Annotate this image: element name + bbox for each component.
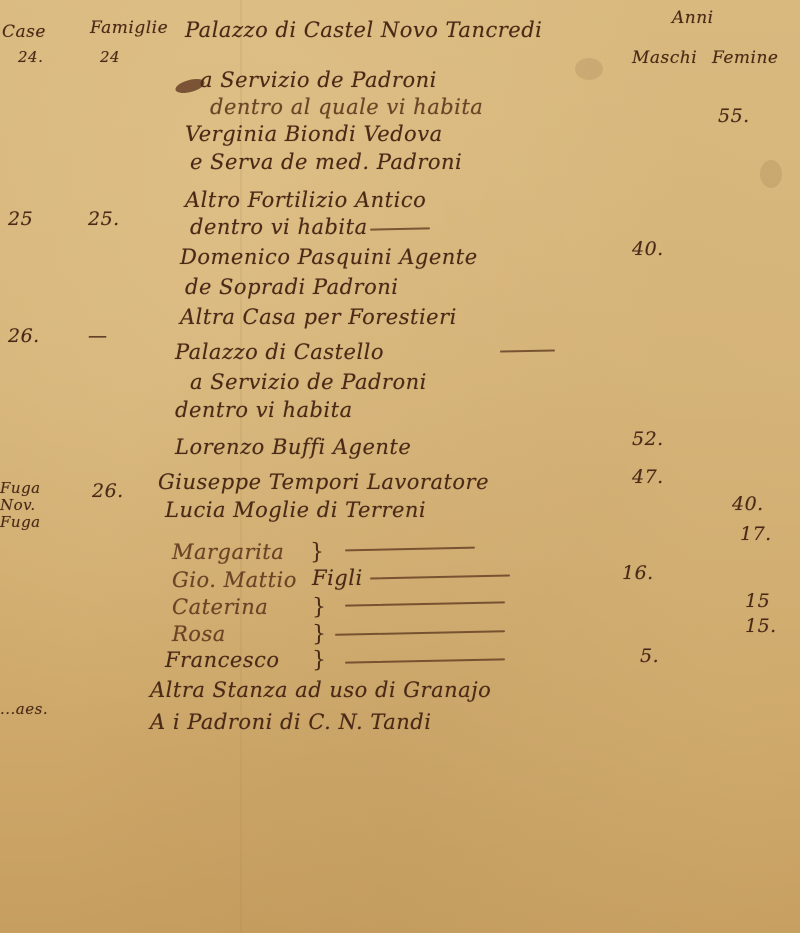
male-age: 47. <box>632 466 664 488</box>
house-number: 24. <box>18 48 43 66</box>
female-age: 15 <box>745 590 770 612</box>
column-header-males: Maschi <box>632 48 697 68</box>
bracket: } <box>312 648 326 673</box>
filler-dash <box>335 630 505 636</box>
filler-dash <box>370 227 430 230</box>
entry-line: Gio. Mattio <box>172 568 297 592</box>
female-age: 15. <box>745 615 777 637</box>
column-header-families: Famiglie <box>90 18 168 38</box>
house-number: 26. <box>8 325 40 347</box>
female-age: 17. <box>740 523 772 545</box>
entry-line: dentro vi habita <box>190 215 368 239</box>
filler-dash <box>345 601 505 606</box>
filler-dash <box>500 349 555 352</box>
family-number: 25. <box>88 208 120 230</box>
entry-line: Lucia Moglie di Terreni <box>165 498 426 522</box>
entry-line: de Sopradi Padroni <box>185 275 398 299</box>
page-title: Palazzo di Castel Novo Tancredi <box>185 18 542 42</box>
entry-line: Verginia Biondi Vedova <box>185 122 443 146</box>
entry-line: dentro vi habita <box>175 398 353 422</box>
entry-line: Giuseppe Tempori Lavoratore <box>158 470 489 494</box>
family-number: — <box>88 325 108 347</box>
filler-dash <box>345 547 475 552</box>
entry-line: Caterina <box>172 595 268 619</box>
entry-line: dentro al quale vi habita <box>210 95 483 119</box>
entry-line: Altro Fortilizio Antico <box>185 188 426 212</box>
paper-stain <box>760 160 782 188</box>
house-number: 25 <box>8 208 33 230</box>
entry-line: a Servizio de Padroni <box>190 370 427 394</box>
male-age: 5. <box>640 645 659 667</box>
entry-line: Lorenzo Buffi Agente <box>175 435 411 459</box>
entry-line: A i Padroni di C. N. Tandi <box>150 710 431 734</box>
entry-line: Francesco <box>165 648 280 672</box>
male-age: 40. <box>632 238 664 260</box>
entry-line: Palazzo di Castello <box>175 340 384 364</box>
entry-line: a Servizio de Padroni <box>200 68 437 92</box>
column-header-houses: Case <box>2 22 46 42</box>
bracket: } <box>312 595 326 620</box>
entry-line: Margarita <box>172 540 284 564</box>
bracket: } <box>312 622 326 647</box>
entry-line: Domenico Pasquini Agente <box>180 245 478 269</box>
house-number: ...aes. <box>0 700 48 718</box>
filler-dash <box>345 658 505 663</box>
group-label: Figli <box>312 566 363 590</box>
female-age: 40. <box>732 493 764 515</box>
bracket: } <box>310 540 324 565</box>
manuscript-page: Case Famiglie 24. 24 Palazzo di Castel N… <box>0 0 800 933</box>
male-age: 52. <box>632 428 664 450</box>
family-number: 26. <box>92 480 124 502</box>
entry-line: Altra Stanza ad uso di Granajo <box>150 678 491 702</box>
female-age: 55. <box>718 105 750 127</box>
margin-note: Fuga Nov. Fuga <box>0 480 40 531</box>
paper-stain <box>575 58 603 80</box>
filler-dash <box>370 575 510 580</box>
male-age: 16. <box>622 562 654 584</box>
column-header-females: Femine <box>712 48 779 68</box>
column-header-years: Anni <box>672 8 714 28</box>
family-number: 24 <box>100 48 120 66</box>
entry-line: Rosa <box>172 622 226 646</box>
entry-line: e Serva de med. Padroni <box>190 150 462 174</box>
entry-line: Altra Casa per Forestieri <box>180 305 457 329</box>
